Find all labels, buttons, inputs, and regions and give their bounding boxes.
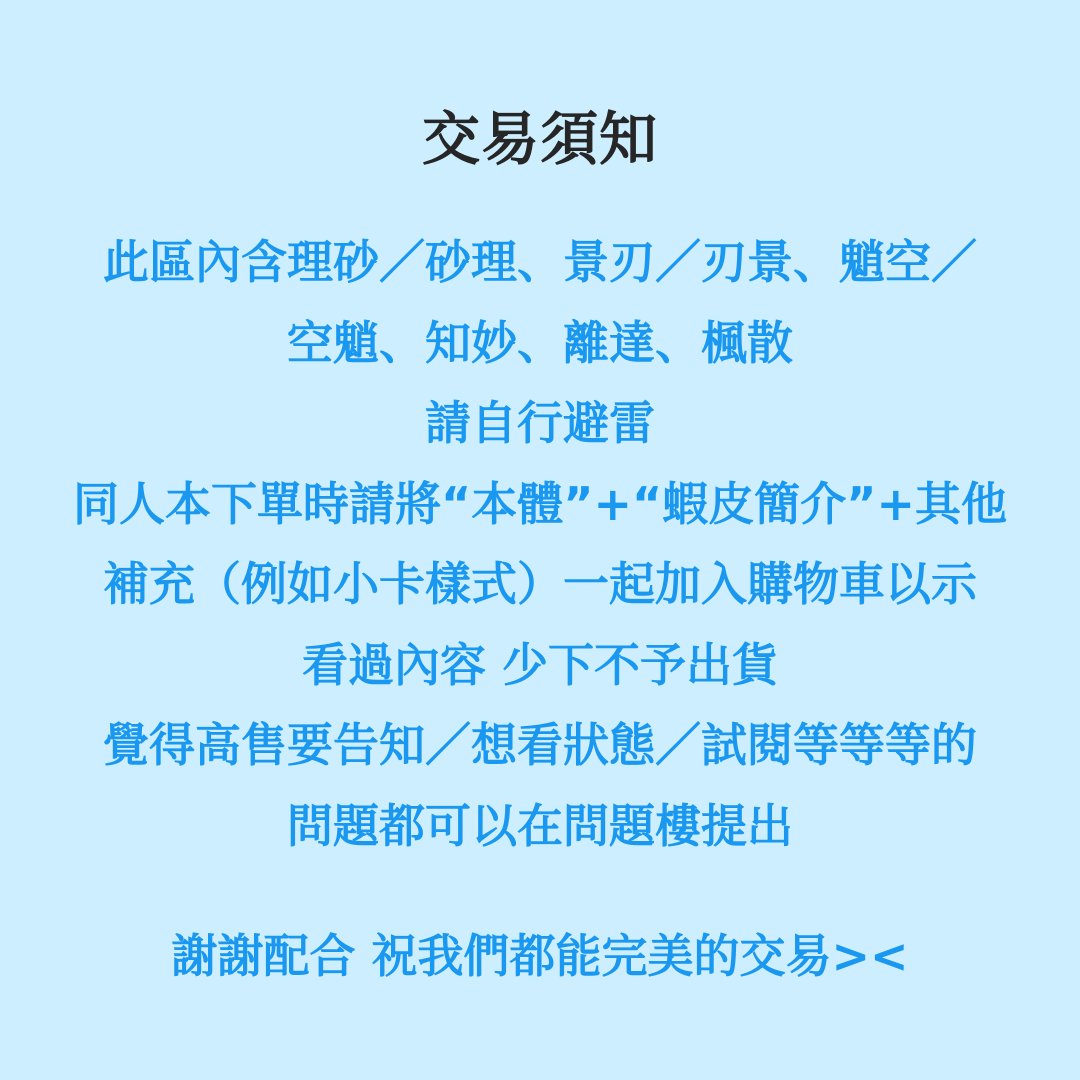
notice-line-order-instruction-1: 同人本下單時請將“本體”+“蝦皮簡介”+其他 — [0, 464, 1080, 545]
notice-line-order-instruction-3: 看過內容 少下不予出貨 — [0, 625, 1080, 706]
notice-line-questions-2: 問題都可以在問題樓提出 — [0, 786, 1080, 867]
notice-line-questions-1: 覺得高售要告知／想看狀態／試閱等等等的 — [0, 705, 1080, 786]
notice-closing: 謝謝配合 祝我們都能完美的交易>< — [0, 916, 1080, 996]
notice-line-avoid-warning: 請自行避雷 — [0, 383, 1080, 464]
notice-line-ship-list-1: 此區內含理砂／砂理、景刃／刃景、魈空／ — [0, 222, 1080, 303]
notice-line-order-instruction-2: 補充（例如小卡樣式）一起加入購物車以示 — [0, 544, 1080, 625]
notice-title: 交易須知 — [0, 100, 1080, 178]
notice-body: 此區內含理砂／砂理、景刃／刃景、魈空／ 空魈、知妙、離達、楓散 請自行避雷 同人… — [0, 222, 1080, 866]
notice-line-ship-list-2: 空魈、知妙、離達、楓散 — [0, 303, 1080, 384]
